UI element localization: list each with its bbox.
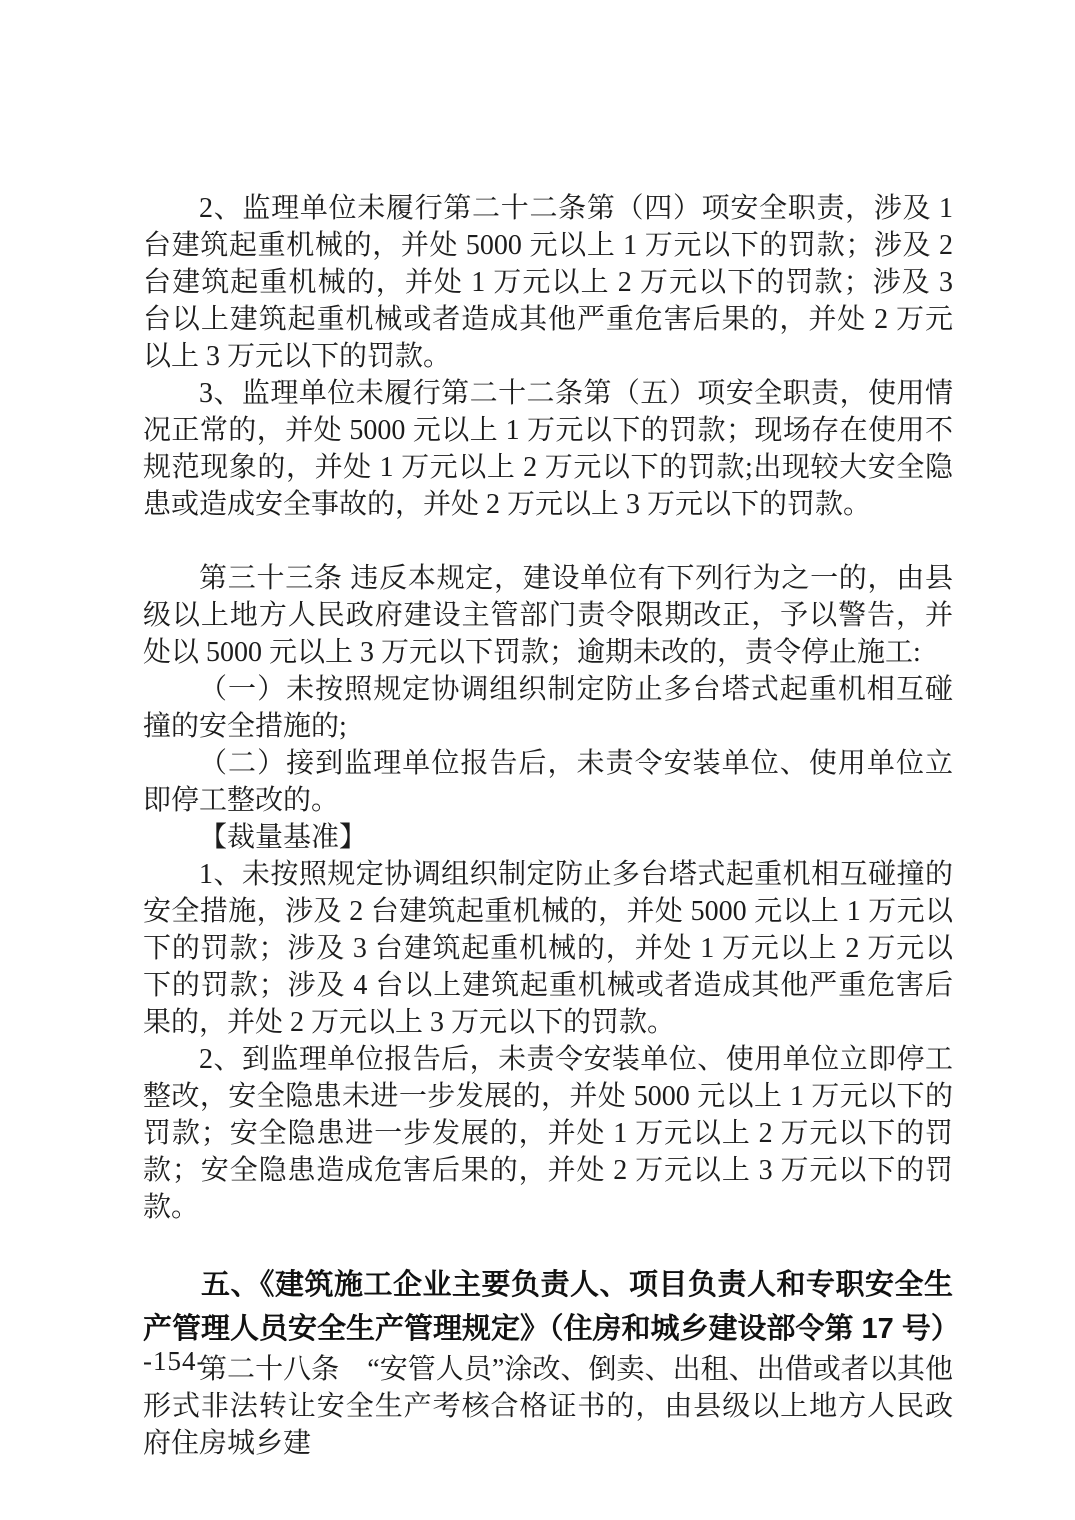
section-5-heading: 五、《建筑施工企业主要负责人、项目负责人和专职安全生产管理人员安全生产管理规定》… (143, 1263, 953, 1351)
paragraph-article-33: 第三十三条 违反本规定，建设单位有下列行为之一的，由县级以上地方人民政府建设主管… (143, 560, 953, 671)
paragraph-benchmark-item-2: 2、到监理单位报告后，未责令安装单位、使用单位立即停工整改，安全隐患未进一步发展… (143, 1041, 953, 1226)
document-page: 2、监理单位未履行第二十二条第（四）项安全职责，涉及 1 台建筑起重机械的，并处… (0, 0, 1075, 1520)
paragraph-clause22-item2: 2、监理单位未履行第二十二条第（四）项安全职责，涉及 1 台建筑起重机械的，并处… (143, 190, 953, 375)
paragraph-clause22-item3: 3、监理单位未履行第二十二条第（五）项安全职责，使用情况正常的，并处 5000 … (143, 375, 953, 523)
paragraph-article-28: 第二十八条 “安管人员”涂改、倒卖、出租、出借或者以其他形式非法转让安全生产考核… (143, 1351, 953, 1462)
paragraph-benchmark-label: 【裁量基准】 (143, 819, 953, 856)
paragraph-article-33-item-2: （二）接到监理单位报告后，未责令安装单位、使用单位立即停工整改的。 (143, 745, 953, 819)
paragraph-article-33-item-1: （一）未按照规定协调组织制定防止多台塔式起重机相互碰撞的安全措施的; (143, 671, 953, 745)
document-text: 2、监理单位未履行第二十二条第（四）项安全职责，涉及 1 台建筑起重机械的，并处… (143, 190, 953, 1462)
page-number: -154- (143, 1346, 206, 1376)
paragraph-benchmark-item-1: 1、未按照规定协调组织制定防止多台塔式起重机相互碰撞的安全措施，涉及 2 台建筑… (143, 856, 953, 1041)
